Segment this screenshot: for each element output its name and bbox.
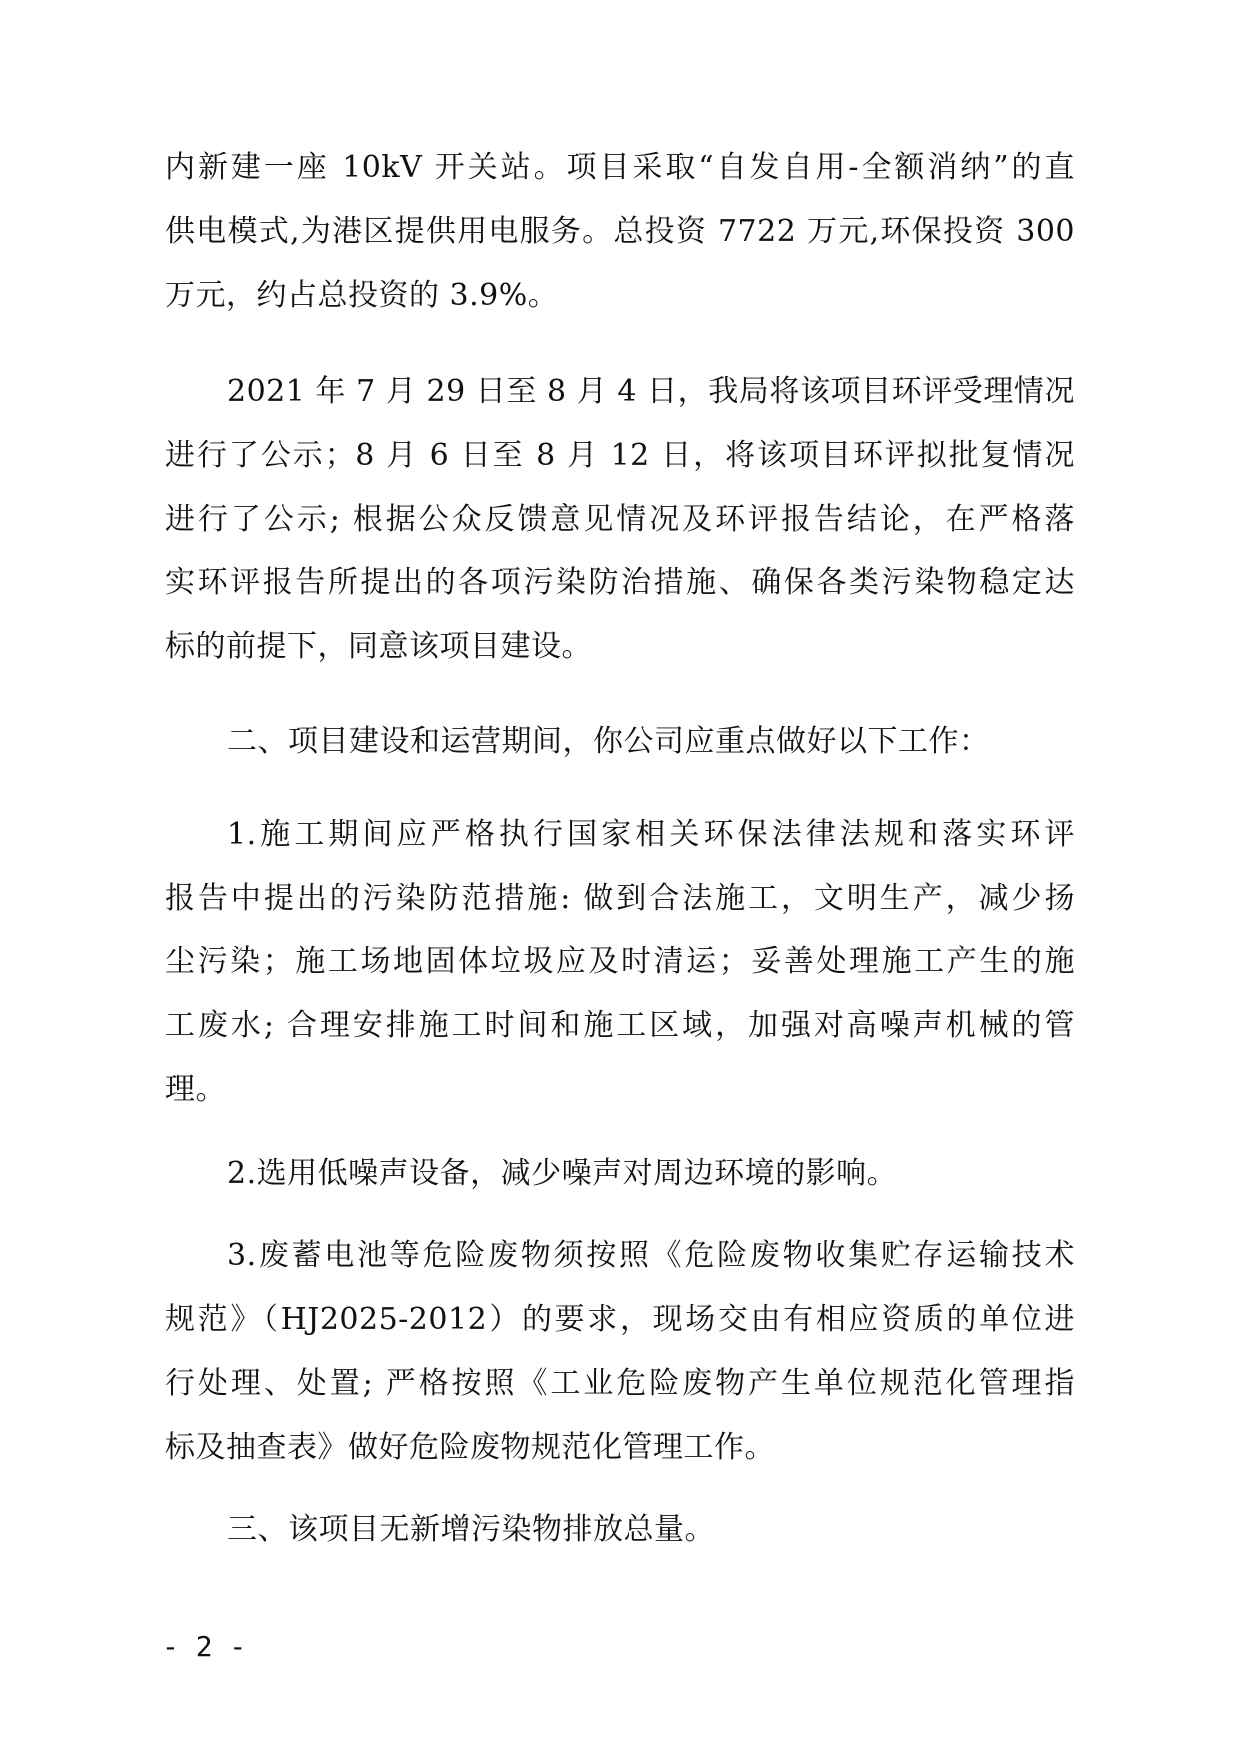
item-1-line-1: 1.施工期间应严格执行国家相关环保法律法规和落实环评 xyxy=(227,815,1075,855)
item-2-line-1: 2.选用低噪声设备，减少噪声对周边环境的影响。 xyxy=(227,1154,1075,1194)
item-1-line-4: 工废水; 合理安排施工时间和施工区域，加强对高噪声机械的管 xyxy=(165,1006,1075,1046)
public-notice-line-4: 实环评报告所提出的各项污染防治措施、确保各类污染物稳定达 xyxy=(165,563,1075,603)
public-notice-line-5: 标的前提下，同意该项目建设。 xyxy=(165,627,1075,667)
project-summary-line-1: 内新建一座 10kV 开关站。项目采取“自发自用-全额消纳”的直 xyxy=(165,148,1075,188)
item-3-line-4: 标及抽查表》做好危险废物规范化管理工作。 xyxy=(165,1428,1075,1468)
public-notice-line-3: 进行了公示; 根据公众反馈意见情况及环评报告结论，在严格落 xyxy=(165,500,1075,540)
project-summary-line-3: 万元，约占总投资的 3.9%。 xyxy=(165,276,1075,316)
public-notice-line-2: 进行了公示；8 月 6 日至 8 月 12 日，将该项目环评拟批复情况 xyxy=(165,436,1075,476)
item-3-line-2: 规范》（HJ2025-2012）的要求，现场交由有相应资质的单位进 xyxy=(165,1300,1075,1340)
section-two-heading: 二、项目建设和运营期间，你公司应重点做好以下工作： xyxy=(227,722,1075,762)
document-page: 内新建一座 10kV 开关站。项目采取“自发自用-全额消纳”的直 供电模式,为港… xyxy=(0,0,1241,1754)
public-notice-line-1: 2021 年 7 月 29 日至 8 月 4 日，我局将该项目环评受理情况 xyxy=(227,372,1075,412)
section-three-line-1: 三、该项目无新增污染物排放总量。 xyxy=(227,1510,1075,1550)
item-3-line-3: 行处理、处置; 严格按照《工业危险废物产生单位规范化管理指 xyxy=(165,1364,1075,1404)
item-1-line-5: 理。 xyxy=(165,1070,1075,1110)
item-1-line-3: 尘污染；施工场地固体垃圾应及时清运；妥善处理施工产生的施 xyxy=(165,942,1075,982)
project-summary-line-2: 供电模式,为港区提供用电服务。总投资 7722 万元,环保投资 300 xyxy=(165,212,1075,252)
item-3-line-1: 3.废蓄电池等危险废物须按照《危险废物收集贮存运输技术 xyxy=(227,1236,1075,1276)
page-number: - 2 - xyxy=(162,1630,246,1664)
item-1-line-2: 报告中提出的污染防范措施: 做到合法施工，文明生产，减少扬 xyxy=(165,879,1075,919)
